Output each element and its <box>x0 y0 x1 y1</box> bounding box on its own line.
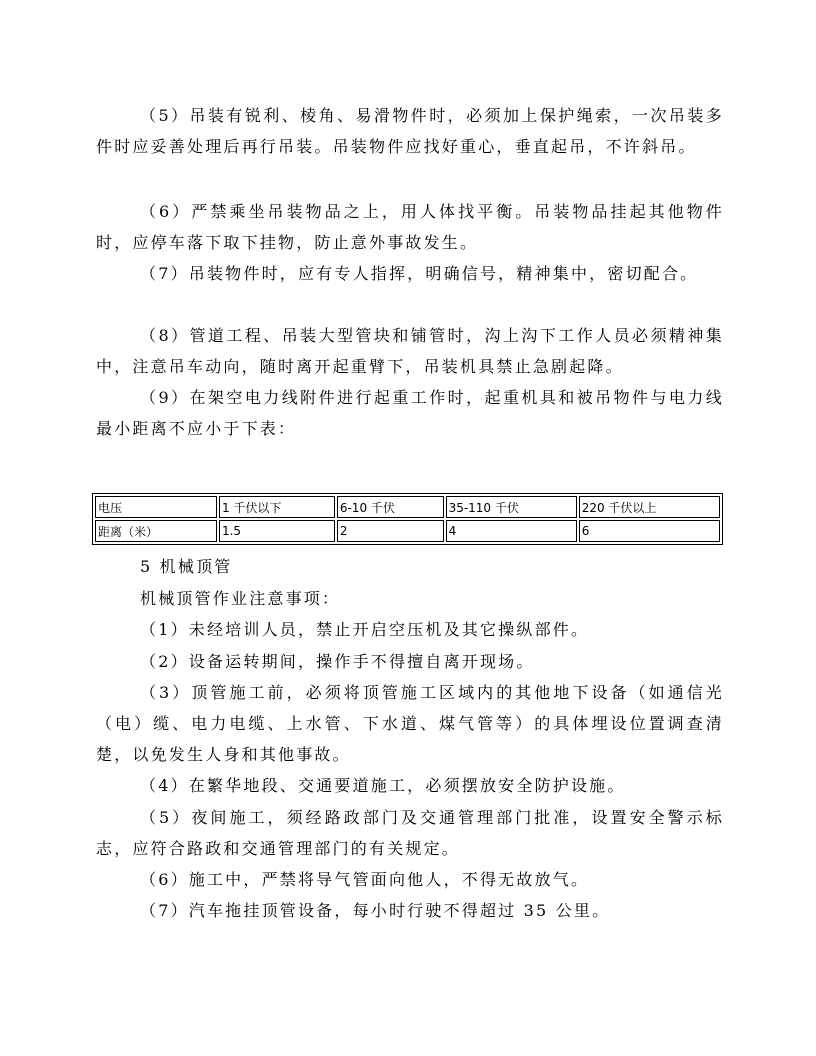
document-page: （5）吊装有锐利、棱角、易滑物件时，必须加上保护绳索，一次吊装多件时应妥善处理后… <box>0 0 816 1056</box>
table-cell: 距离（米） <box>95 520 217 542</box>
section-item-2: （2）设备运转期间，操作手不得擅自离开现场。 <box>140 646 724 677</box>
paragraph-item-9: （9）在架空电力线附件进行起重工作时，起重机具和被吊物件与电力线最小距离不应小于… <box>96 382 724 444</box>
section-heading: 5 机械顶管 <box>140 551 724 582</box>
table-cell: 6-10 千伏 <box>337 496 444 518</box>
section-item-4: （4）在繁华地段、交通要道施工，必须摆放安全防护设施。 <box>96 770 724 801</box>
table-cell: 220 千伏以上 <box>579 496 720 518</box>
table-cell: 6 <box>579 520 720 542</box>
clearance-distance-table: 电压 1 千伏以下 6-10 千伏 35-110 千伏 220 千伏以上 距离（… <box>92 493 723 545</box>
paragraph-item-7: （7）吊装物件时，应有专人指挥，明确信号，精神集中，密切配合。 <box>96 258 724 289</box>
table-row-distance: 距离（米） 1.5 2 4 6 <box>95 520 720 542</box>
paragraph-item-8: （8）管道工程、吊装大型管块和铺管时，沟上沟下工作人员必须精神集中，注意吊车动向… <box>96 320 724 382</box>
table-row-voltage: 电压 1 千伏以下 6-10 千伏 35-110 千伏 220 千伏以上 <box>95 496 720 518</box>
paragraph-item-5: （5）吊装有锐利、棱角、易滑物件时，必须加上保护绳索，一次吊装多件时应妥善处理后… <box>96 100 724 162</box>
section-item-6: （6）施工中，严禁将导气管面向他人，不得无故放气。 <box>96 864 724 895</box>
table-cell: 4 <box>446 520 577 542</box>
section-item-7: （7）汽车拖挂顶管设备，每小时行驶不得超过 35 公里。 <box>96 895 724 926</box>
paragraph-item-6: （6）严禁乘坐吊装物品之上，用人体找平衡。吊装物品挂起其他物件时，应停车落下取下… <box>96 196 724 258</box>
section-item-1: （1）未经培训人员，禁止开启空压机及其它操纵部件。 <box>140 614 724 645</box>
section-item-5: （5）夜间施工，须经路政部门及交通管理部门批准，设置安全警示标志，应符合路政和交… <box>96 802 724 864</box>
section-item-3: （3）顶管施工前，必须将顶管施工区域内的其他地下设备（如通信光（电）缆、电力电缆… <box>96 677 724 770</box>
table-cell: 2 <box>337 520 444 542</box>
table-cell: 35-110 千伏 <box>446 496 577 518</box>
table-cell: 电压 <box>95 496 217 518</box>
section-intro: 机械顶管作业注意事项： <box>140 583 724 614</box>
table-cell: 1 千伏以下 <box>219 496 335 518</box>
table-cell: 1.5 <box>219 520 335 542</box>
